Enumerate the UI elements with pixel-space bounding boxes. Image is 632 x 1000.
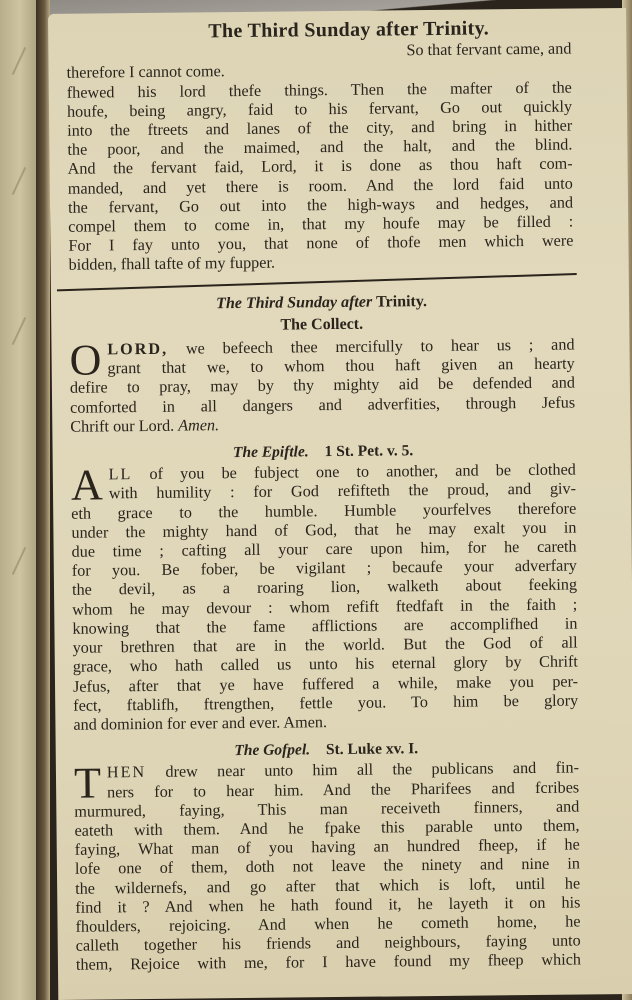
running-head: The Third Sunday after Trinity.: [126, 19, 571, 43]
gospel-cont-line: bidden, fhall tafte of my fupper.: [69, 251, 574, 275]
gospel-line: them, Rejoice with me, for I have found …: [76, 951, 581, 975]
epistle-line: and dominion for ever and ever. Amen.: [73, 710, 578, 734]
collect-amen: Amen.: [178, 416, 219, 434]
dropcap: T: [74, 766, 101, 802]
epistle-lead: LL: [109, 465, 133, 483]
gospel-reference: St. Luke xv. I.: [326, 740, 418, 758]
dropcap: O: [69, 343, 101, 379]
page-text: The Third Sunday after Trinity. So that …: [66, 19, 581, 976]
epistle-reference: 1 St. Pet. v. 5.: [324, 442, 413, 460]
gospel-text: T HEN drew near unto him all the publica…: [74, 759, 581, 976]
epistle-heading: The Epiftle. 1 St. Pet. v. 5.: [71, 440, 576, 464]
epistle-label: The Epiftle.: [233, 443, 309, 461]
collect-heading: The Collect.: [69, 312, 574, 336]
gospel-label: The Gofpel.: [234, 741, 310, 759]
section-title: The Third Sunday after Trinity.: [69, 290, 574, 314]
book-page: The Third Sunday after Trinity. So that …: [48, 8, 632, 1000]
section-title-italic: The Third Sunday after: [216, 293, 372, 312]
epistle-text: A LL of you be fubject one to another, a…: [71, 461, 579, 735]
gospel-line: drew near unto him all the publicans and…: [165, 759, 579, 781]
gospel-heading: The Gofpel. St. Luke xv. I.: [74, 738, 579, 762]
collect-lead: LORD,: [107, 340, 168, 359]
gospel-lead: HEN: [107, 763, 146, 781]
gospel-continuation: So that fervant came, and therefore I ca…: [66, 40, 573, 276]
section-title-roman: Trinity.: [376, 293, 427, 311]
collect-line: Chrift our Lord.: [70, 417, 174, 436]
gospel-cont-line: So that fervant came, and: [406, 40, 571, 60]
section-divider: [57, 273, 577, 291]
collect-line: we befeech thee mercifully to hear us ; …: [186, 336, 575, 358]
dropcap: A: [71, 468, 103, 504]
facing-page-edge: [0, 0, 40, 1000]
book-gutter: [36, 0, 50, 1000]
collect-text: O LORD, we befeech thee mercifully to he…: [69, 336, 575, 437]
